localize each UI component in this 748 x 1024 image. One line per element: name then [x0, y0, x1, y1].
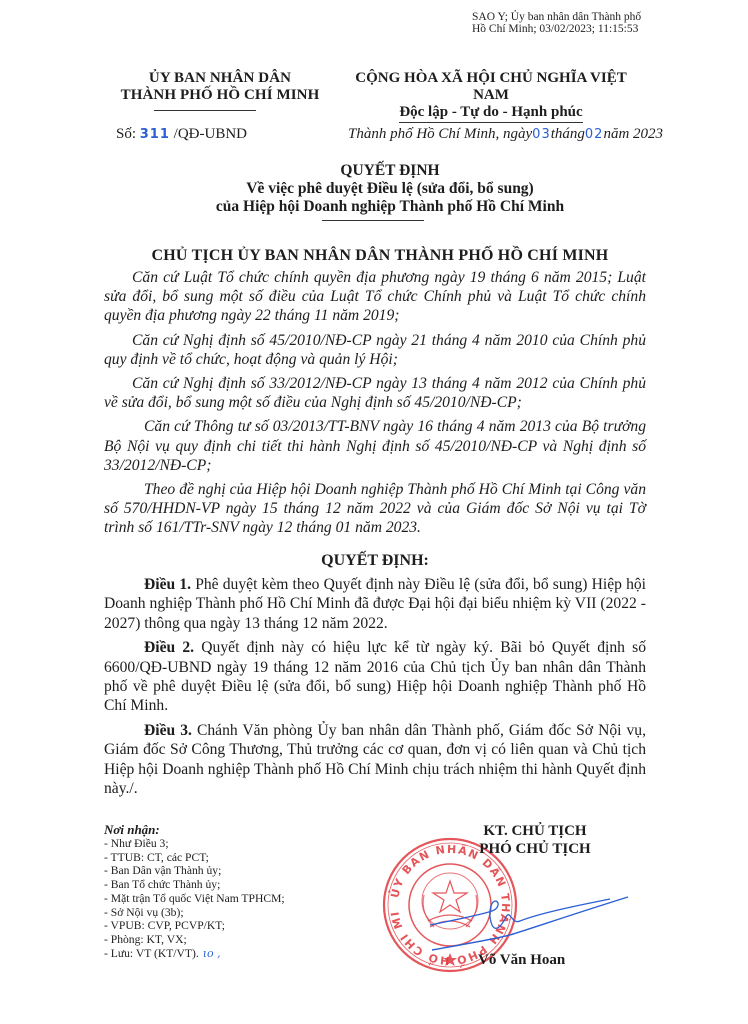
doc-number-handwritten: 311: [140, 127, 170, 142]
org-line-2: THÀNH PHỐ HỒ CHÍ MINH: [96, 87, 344, 104]
legal-basis-3: Căn cứ Nghị định số 33/2012/NĐ-CP ngày 1…: [104, 374, 646, 412]
year-label: năm 2023: [603, 126, 663, 142]
issuing-authority: CHỦ TỊCH ỦY BAN NHÂN DÂN THÀNH PHỐ HỒ CH…: [90, 246, 670, 266]
org-line-1: ỦY BAN NHÂN DÂN: [96, 70, 344, 87]
recipient-item-text: - Lưu: VT (KT/VT).: [104, 947, 199, 960]
doc-number-suffix: /QĐ-UBND: [170, 126, 247, 142]
recipient-item: - Như Điều 3;: [104, 837, 344, 851]
copy-stamp-line-1: SAO Y; Ủy ban nhân dân Thành phố: [472, 11, 641, 23]
signature-title: KT. CHỦ TỊCH PHÓ CHỦ TỊCH: [450, 822, 620, 858]
article-3: Điều 3. Chánh Văn phòng Ủy ban nhân dân …: [104, 721, 646, 799]
subject-line-2: của Hiệp hội Doanh nghiệp Thành phố Hồ C…: [120, 198, 660, 216]
national-motto: Độc lập - Tự do - Hạnh phúc: [399, 104, 582, 123]
legal-basis-2: Căn cứ Nghị định số 45/2010/NĐ-CP ngày 2…: [104, 331, 646, 369]
recipient-item: - Sở Nội vụ (3b);: [104, 906, 344, 920]
legal-basis-4: Căn cứ Thông tư số 03/2013/TT-BNV ngày 1…: [104, 417, 646, 475]
recipients-items: - Như Điều 3; - TTUB: CT, các PCT; - Ban…: [104, 837, 344, 960]
document-title: QUYẾT ĐỊNH Về việc phê duyệt Điều lệ (sử…: [120, 162, 660, 216]
national-header: CỘNG HÒA XÃ HỘI CHỦ NGHĨA VIỆT NAM Độc l…: [338, 70, 644, 123]
articles: Điều 1. Phê duyệt kèm theo Quyết định nà…: [104, 575, 646, 803]
legal-bases: Căn cứ Luật Tổ chức chính quyền địa phươ…: [104, 268, 646, 543]
copy-stamp-line-2: Hồ Chí Minh; 03/02/2023; 11:15:53: [472, 23, 641, 35]
legal-basis-1: Căn cứ Luật Tổ chức chính quyền địa phươ…: [104, 268, 646, 326]
recipient-item: - TTUB: CT, các PCT;: [104, 851, 344, 865]
place: Thành phố Hồ Chí Minh, ngày: [348, 126, 532, 142]
article-1: Điều 1. Phê duyệt kèm theo Quyết định nà…: [104, 575, 646, 633]
recipient-item: - Ban Dân vận Thành ủy;: [104, 864, 344, 878]
decision-heading: QUYẾT ĐỊNH:: [104, 551, 646, 571]
recipient-item: - VPUB: CVP, PCVP/KT;: [104, 919, 344, 933]
document-number: Số: 311 /QĐ-UBND: [116, 125, 247, 144]
recipient-item: - Lưu: VT (KT/VT).ιο ,: [104, 947, 344, 961]
day-handwritten: 03: [532, 127, 551, 142]
title-divider: [322, 220, 424, 221]
issuing-organization: ỦY BAN NHÂN DÂN THÀNH PHỐ HỒ CHÍ MINH: [96, 70, 344, 104]
document-type: QUYẾT ĐỊNH: [120, 162, 660, 180]
article-1-label: Điều 1.: [144, 576, 191, 593]
doc-number-prefix: Số:: [116, 126, 140, 142]
recipient-item: - Phòng: KT, VX;: [104, 933, 344, 947]
subject-line-1: Về việc phê duyệt Điều lệ (sửa đổi, bổ s…: [120, 180, 660, 198]
nation-name: CỘNG HÒA XÃ HỘI CHỦ NGHĨA VIỆT NAM: [338, 70, 644, 104]
org-divider: [154, 110, 256, 111]
recipients-list: Nơi nhận: - Như Điều 3; - TTUB: CT, các …: [104, 823, 344, 960]
handwritten-initials: ιο ,: [203, 947, 221, 960]
month-label: tháng: [551, 126, 585, 142]
signer-position: PHÓ CHỦ TỊCH: [450, 840, 620, 858]
on-behalf-label: KT. CHỦ TỊCH: [450, 822, 620, 840]
article-3-label: Điều 3.: [144, 722, 192, 739]
place-and-date: Thành phố Hồ Chí Minh, ngày03tháng02năm …: [348, 125, 663, 144]
recipient-item: - Ban Tổ chức Thành ủy;: [104, 878, 344, 892]
recipients-heading: Nơi nhận:: [104, 823, 344, 837]
month-handwritten: 02: [585, 127, 604, 142]
legal-basis-5: Theo đề nghị của Hiệp hội Doanh nghiệp T…: [104, 480, 646, 538]
copy-certification-stamp: SAO Y; Ủy ban nhân dân Thành phố Hồ Chí …: [472, 11, 641, 35]
article-2-label: Điều 2.: [144, 639, 194, 656]
recipient-item: - Mặt trận Tổ quốc Việt Nam TPHCM;: [104, 892, 344, 906]
handwritten-signature-icon: [430, 895, 630, 955]
article-2: Điều 2. Quyết định này có hiệu lực kể từ…: [104, 638, 646, 716]
